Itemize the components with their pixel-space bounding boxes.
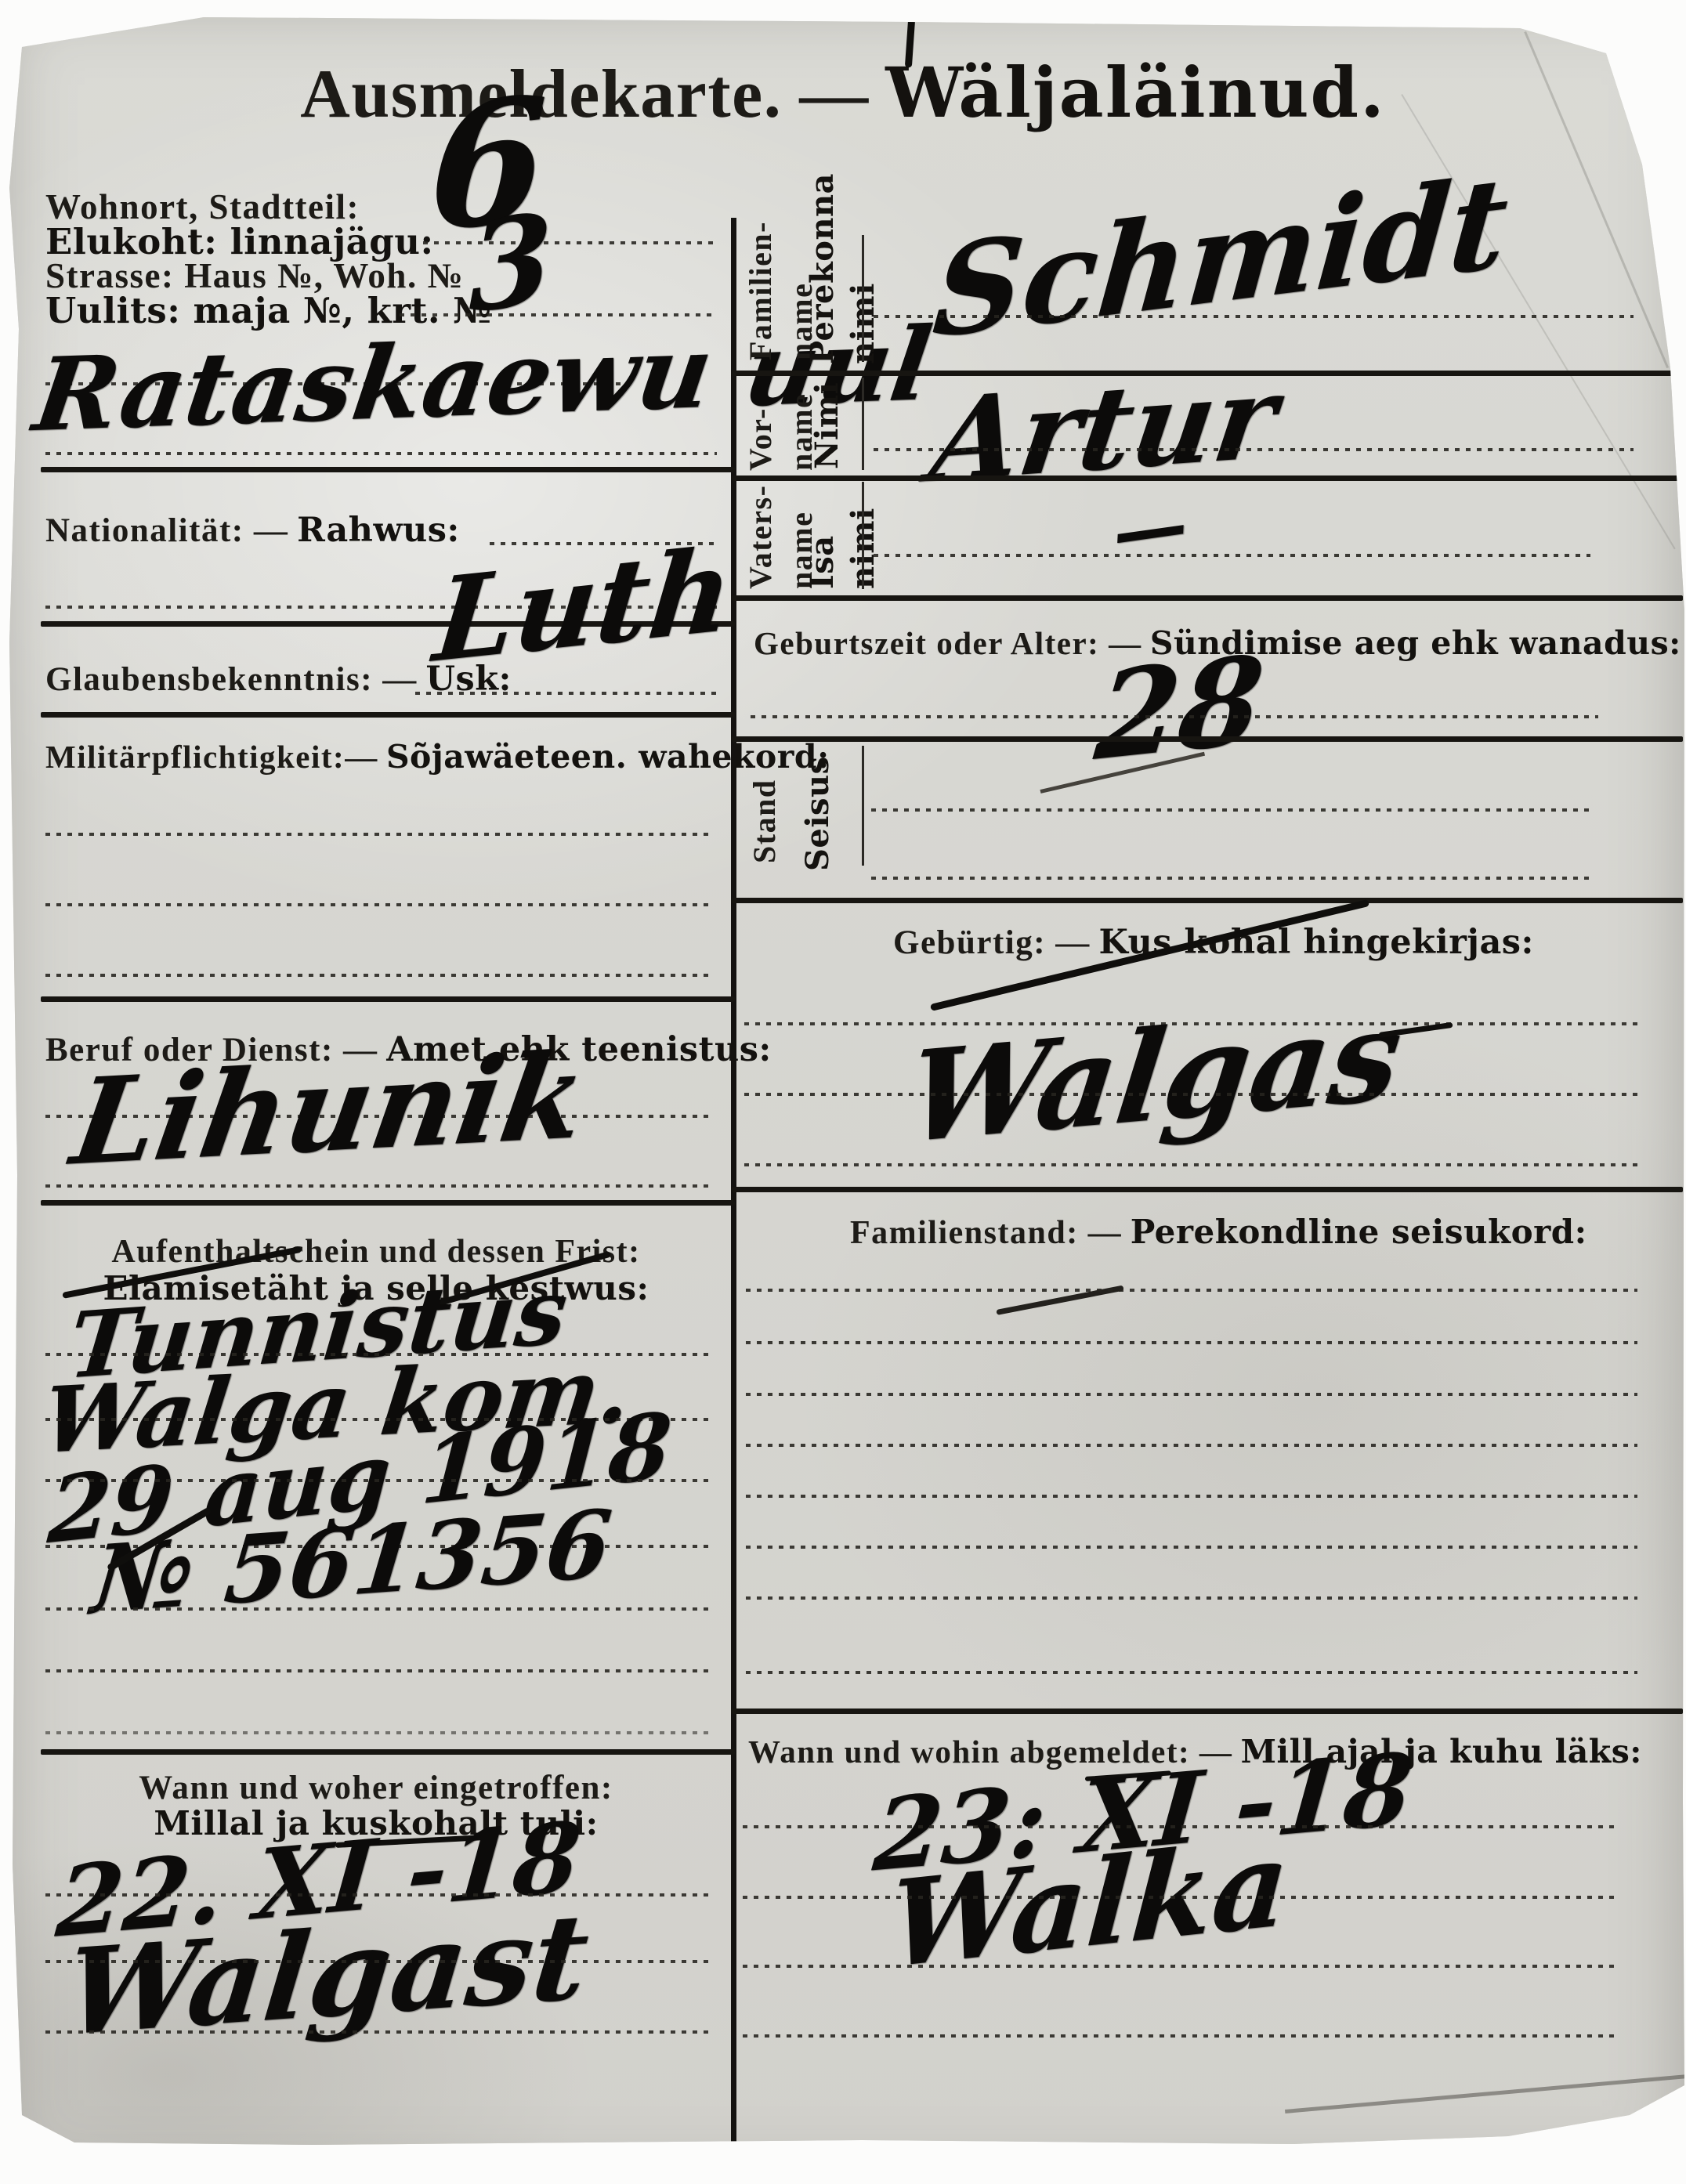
age-value: 28 bbox=[1091, 642, 1268, 775]
dotted-line bbox=[45, 2030, 715, 2034]
label-military: Militärpflichtigkeit:— Sõjawäeteen. wahe… bbox=[45, 738, 830, 776]
section-line bbox=[731, 736, 1683, 742]
section-line bbox=[731, 595, 1683, 601]
registration-card: Ausmeldekarte. — Wäljaläinud. Wohnort, S… bbox=[0, 0, 1686, 2184]
label-surname-german: Familien- name bbox=[740, 235, 801, 360]
label-firstname-german: Vor- name bbox=[740, 378, 801, 471]
label-family-status-estonian: Perekondline seisukord: bbox=[1131, 1213, 1587, 1251]
section-line bbox=[731, 1187, 1683, 1192]
section-line bbox=[731, 475, 1683, 481]
dotted-line bbox=[744, 1093, 1637, 1096]
label-separator-line bbox=[862, 746, 864, 866]
label-separator-line bbox=[862, 235, 864, 362]
scan-background: Ausmeldekarte. — Wäljaläinud. Wohnort, S… bbox=[0, 0, 1686, 2184]
dotted-line bbox=[871, 877, 1589, 880]
dotted-line bbox=[874, 315, 1634, 318]
dotted-line bbox=[415, 692, 717, 695]
section-line bbox=[41, 1200, 735, 1206]
label-family-status: Familienstand: — Perekondline seisukord: bbox=[850, 1213, 1587, 1252]
dotted-line bbox=[871, 808, 1589, 812]
label-arrival-german: Wann und woher eingetroffen: bbox=[31, 1769, 721, 1807]
section-line bbox=[41, 1749, 735, 1755]
dotted-line bbox=[746, 1393, 1637, 1396]
dotted-line bbox=[45, 1960, 715, 1963]
label-family-status-german: Familienstand: — bbox=[850, 1215, 1122, 1251]
label-birth-german: Geburtszeit oder Alter: — bbox=[754, 625, 1142, 661]
label-status-estonian: Seisus bbox=[798, 746, 848, 871]
label-firstname-estonian: Nimi bbox=[807, 381, 854, 469]
section-line bbox=[41, 467, 735, 472]
dotted-line bbox=[874, 448, 1634, 451]
section-line bbox=[41, 712, 735, 718]
label-fathersname-estonian: Isa nimi bbox=[802, 484, 863, 589]
label-nationality-german: Nationalität: — bbox=[45, 512, 288, 549]
dotted-line bbox=[746, 1671, 1637, 1674]
fathersname-value: — bbox=[1108, 489, 1192, 570]
dotted-line bbox=[746, 1289, 1637, 1292]
label-origin-estonian: Kus kohal hingekirjas: bbox=[1099, 923, 1534, 962]
dotted-line bbox=[45, 1893, 715, 1897]
dotted-line bbox=[743, 2034, 1615, 2038]
card-title: Ausmeldekarte. — Wäljaläinud. bbox=[0, 52, 1686, 134]
dotted-line bbox=[743, 1965, 1615, 1968]
dotted-line bbox=[45, 974, 715, 977]
dotted-line bbox=[45, 1669, 715, 1672]
occupation-value: Lihunik bbox=[66, 1040, 592, 1179]
label-status-german: Stand bbox=[744, 746, 791, 863]
dotted-line bbox=[45, 1731, 715, 1734]
column-divider-line bbox=[731, 218, 736, 2145]
dotted-line bbox=[45, 1479, 715, 1482]
dotted-line bbox=[746, 1341, 1637, 1344]
religion-value: Luth bbox=[430, 536, 737, 677]
dotted-line bbox=[744, 1163, 1637, 1166]
origin-value: Walgas bbox=[903, 996, 1407, 1159]
label-surname-estonian: Perekonna nimi bbox=[802, 235, 863, 364]
arrival-place-value: Walgast bbox=[61, 1900, 593, 2049]
dotted-line bbox=[746, 1546, 1637, 1549]
dotted-line bbox=[743, 1896, 1615, 1899]
dotted-line bbox=[746, 1596, 1637, 1600]
section-line bbox=[731, 1709, 1683, 1714]
surname-value: Schmidt bbox=[929, 164, 1512, 354]
section-line bbox=[731, 898, 1683, 903]
label-separator-line bbox=[862, 378, 864, 470]
card-title-estonian: Wäljaläinud. bbox=[885, 52, 1386, 133]
label-fathersname-german: Vaters- name bbox=[740, 484, 801, 589]
label-nationality-estonian: Rahwus: bbox=[297, 511, 460, 550]
label-separator-line bbox=[862, 482, 864, 589]
label-religion-german: Glaubensbekenntnis: — bbox=[45, 661, 418, 698]
dotted-line bbox=[746, 1495, 1637, 1498]
departure-place-value: Walka bbox=[886, 1827, 1292, 1982]
dotted-line bbox=[45, 903, 715, 906]
dotted-line bbox=[45, 833, 715, 836]
dotted-line bbox=[746, 1444, 1637, 1447]
dotted-line bbox=[45, 1607, 715, 1611]
label-origin-german: Gebürtig: — bbox=[893, 924, 1091, 961]
label-nationality: Nationalität: — Rahwus: bbox=[45, 511, 460, 550]
torn-edge-shadow bbox=[1285, 2074, 1686, 2113]
flat-number-value: 3 bbox=[469, 199, 553, 327]
label-military-german: Militärpflichtigkeit:— bbox=[45, 739, 378, 775]
dotted-line bbox=[45, 452, 717, 455]
dotted-line bbox=[751, 715, 1598, 718]
label-permit-german: Aufenthaltschein und dessen Frist: bbox=[31, 1233, 721, 1271]
dotted-line bbox=[874, 554, 1590, 557]
title-dash: — bbox=[799, 56, 868, 132]
section-line bbox=[41, 996, 735, 1002]
